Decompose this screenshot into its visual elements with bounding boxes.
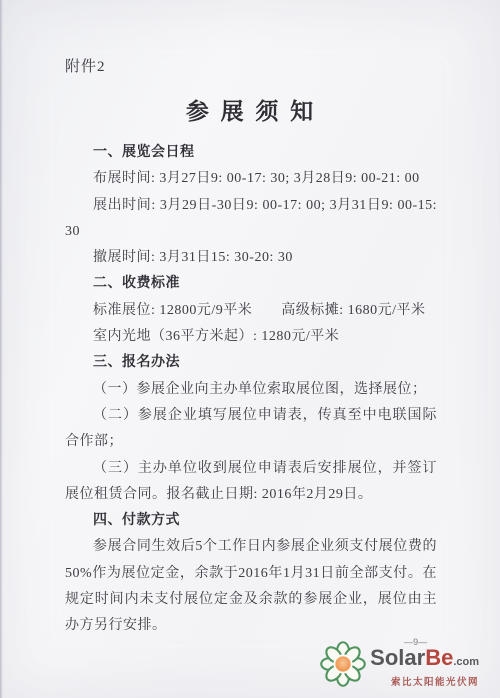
registration-step-2: （二）参展企业填写展位申请表，传真至中电联国际合作部； [65,403,437,456]
logo-brand-text: SolarBe.com [370,647,479,673]
schedule-exhibit-line: 展出时间: 3月29日-30日9: 00-17: 00; 3月31日9: 00-… [65,193,437,246]
section-heading-registration: 三、报名办法 [65,350,437,376]
flower-sun-icon [320,640,366,688]
logo-brand-be: Be [425,645,453,670]
attachment-label: 附件2 [65,57,437,77]
section-heading-fees: 二、收费标准 [65,271,437,297]
fees-rawspace-line: 室内光地（36平方米起）: 1280元/平米 [65,324,437,350]
logo-brand-solar: Solar [370,645,425,670]
logo-brand-tld: .com [453,656,479,668]
registration-step-3: （三）主办单位收到展位申请表后安排展位，并签订展位租赁合同。报名截止日期: 20… [65,456,437,509]
logo-mark: —9— [404,637,427,647]
payment-terms-paragraph: 参展合同生效后5个工作日内参展企业须支付展位费的50%作为展位定金，余款于201… [65,534,437,639]
document-content: 附件2 参 展 须 知 一、展览会日程 布展时间: 3月27日9: 00-17:… [65,57,437,640]
registration-step-1: （一）参展企业向主办单位索取展位图，选择展位； [65,377,437,403]
fees-standard-line: 标准展位: 12800元/9平米 高级标摊: 1680元/平米 [65,298,437,324]
section-heading-schedule: 一、展览会日程 [65,140,437,166]
section-heading-payment: 四、付款方式 [65,508,437,534]
scanned-document-page: 附件2 参 展 须 知 一、展览会日程 布展时间: 3月27日9: 00-17:… [0,0,500,698]
document-body: 一、展览会日程 布展时间: 3月27日9: 00-17: 30; 3月28日9:… [65,140,437,640]
solarbe-logo: —9— SolarBe.com 索比太阳能光伏网 [320,640,479,688]
logo-tagline: 索比太阳能光伏网 [370,674,479,688]
schedule-setup-line: 布展时间: 3月27日9: 00-17: 30; 3月28日9: 00-21: … [65,166,437,192]
logo-text-block: —9— SolarBe.com 索比太阳能光伏网 [370,641,479,688]
schedule-teardown-line: 撤展时间: 3月31日15: 30-20: 30 [65,245,437,271]
page-title: 参 展 须 知 [65,93,437,126]
